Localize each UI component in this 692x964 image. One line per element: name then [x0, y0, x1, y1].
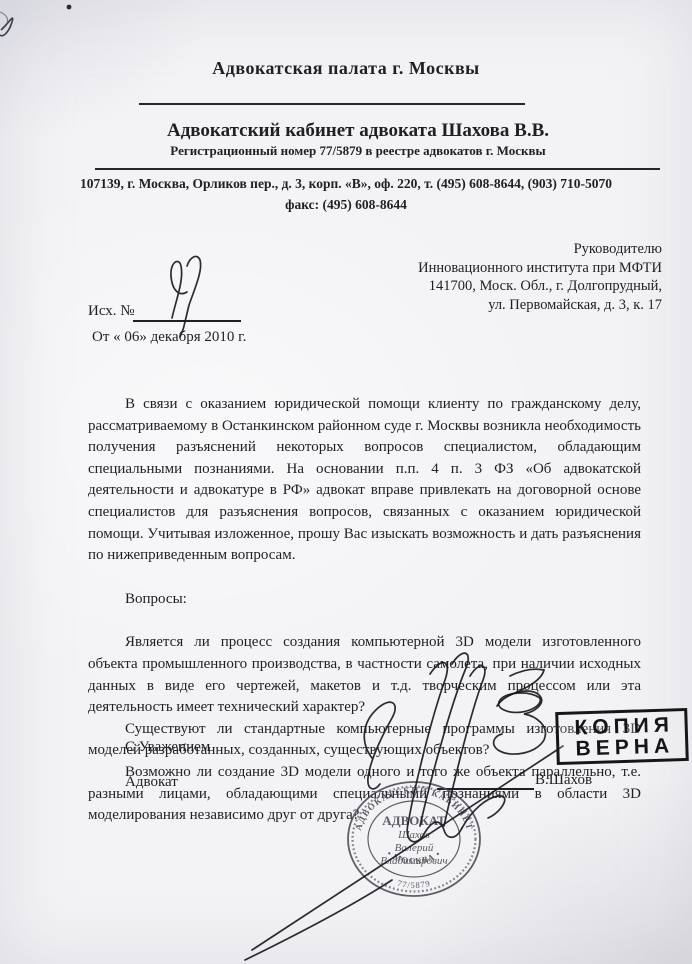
copy-stamp-line2: ВЕРНА	[570, 735, 674, 759]
scan-artifact-topleft	[0, 5, 71, 36]
recipient-block: Руководителю Инновационного института пр…	[418, 240, 662, 314]
address-line: 107139, г. Москва, Орликов пер., д. 3, к…	[0, 176, 692, 192]
copy-stamp: КОПИЯ ВЕРНА	[555, 708, 689, 765]
stamp-center-patronymic: Владимирович	[380, 855, 447, 867]
header-rule-1	[139, 103, 525, 105]
signature-underline	[437, 788, 534, 790]
recipient-title: Руководителю	[418, 240, 662, 259]
stamp-inner-bottom-text: • МОСКВА •	[385, 848, 442, 866]
registration-line: Регистрационный номер 77/5879 в реестре …	[12, 143, 692, 159]
scanned-letter-page: Адвокатская палата г. Москвы Адвокатский…	[0, 0, 692, 964]
letterhead: Адвокатская палата г. Москвы	[0, 58, 692, 79]
recipient-organization: Инновационного института при МФТИ	[418, 259, 662, 278]
body-paragraph: В связи с оказанием юридической помощи к…	[88, 394, 641, 567]
date-line: От « 06» декабря 2010 г.	[92, 329, 246, 346]
stamp-center-surname: Шахов	[397, 829, 430, 841]
questions-label: Вопросы:	[88, 589, 641, 611]
regards-line: С Уважением	[125, 739, 210, 756]
header-rule-2	[95, 168, 660, 170]
ref-underline	[133, 320, 241, 322]
handwritten-ref-mark	[171, 256, 201, 337]
office-title: Адвокатский кабинет адвоката Шахова В.В.	[12, 120, 692, 142]
chamber-title: Адвокатская палата г. Москвы	[0, 58, 692, 79]
recipient-address-1: 141700, Моск. Обл., г. Долгопрудный,	[418, 277, 662, 296]
recipient-address-2: ул. Первомайская, д. 3, к. 17	[418, 296, 662, 315]
question-1: Является ли процесс создания компьютерно…	[88, 632, 641, 718]
stamp-ring-bottom-text: 77/5879	[396, 878, 431, 890]
stamp-center-firstname: Валерий	[395, 842, 434, 854]
position-label: Адвокат	[125, 774, 178, 791]
outgoing-ref-label: Исх. №	[88, 303, 135, 320]
signatory-name: В.Шахов	[535, 772, 592, 789]
fax-line: факс: (495) 608-8644	[0, 197, 692, 213]
